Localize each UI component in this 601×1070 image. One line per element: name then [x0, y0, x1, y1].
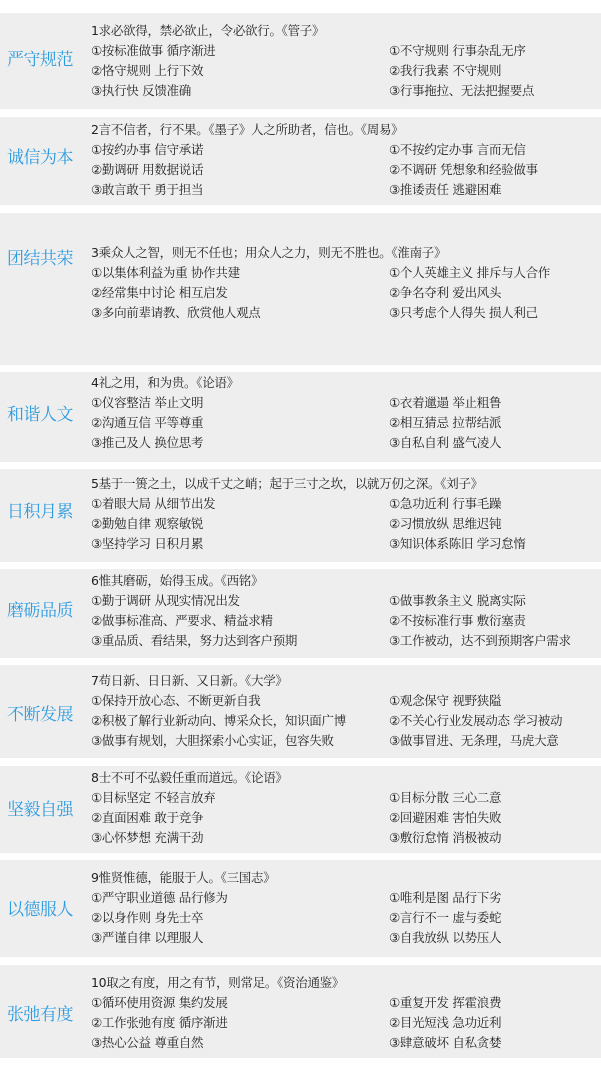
negative-item: ③推诿责任 逃避困难: [389, 180, 601, 200]
positive-item: ②工作张弛有度 循序渐进: [91, 1013, 389, 1033]
positive-item: ③热心公益 尊重自然: [91, 1033, 389, 1053]
section-quote: 10取之有度，用之有节，则常足。《资治通鉴》: [91, 973, 601, 993]
positive-item: ③执行快 反馈准确: [91, 81, 389, 101]
negative-item: ①观念保守 视野狭隘: [389, 691, 601, 711]
positive-item: ③严谨自律 以理服人: [91, 928, 389, 948]
negative-item: ③做事冒进、无条理，马虎大意: [389, 731, 601, 751]
positive-item: ①仪容整洁 举止文明: [91, 393, 389, 413]
section-title: 张弛有度: [7, 1005, 83, 1025]
negative-item: ③敷衍怠惰 消极被动: [389, 828, 601, 848]
negative-item: ③工作被动，达不到预期客户需求: [389, 631, 601, 651]
negative-item: ②争名夺利 爱出风头: [389, 283, 601, 303]
section-quote: 8士不可不弘毅任重而道远。《论语》: [91, 768, 601, 788]
negative-item: ②我行我素 不守规则: [389, 61, 601, 81]
section-quote: 5基于一篑之土，以成千丈之峭；起于三寸之坎，以就万仞之深。《刘子》: [91, 474, 601, 494]
negative-item: ②回避困难 害怕失败: [389, 808, 601, 828]
positive-item: ②勤勉自律 观察敏锐: [91, 514, 389, 534]
negative-item: ①急功近利 行事毛躁: [389, 494, 601, 514]
negative-item: ②不按标准行事 敷衍塞责: [389, 611, 601, 631]
negative-item: ③知识体系陈旧 学习怠惰: [389, 534, 601, 554]
section-title: 严守规范: [7, 50, 83, 70]
section-riji-yuelei: 日积月累 5基于一篑之土，以成千丈之峭；起于三寸之坎，以就万仞之深。《刘子》 ①…: [0, 469, 601, 562]
positive-item: ①以集体利益为重 协作共建: [91, 263, 389, 283]
positive-item: ②恪守规则 上行下效: [91, 61, 389, 81]
positive-item: ①循环使用资源 集约发展: [91, 993, 389, 1013]
section-quote: 9惟贤惟德，能服于人。《三国志》: [91, 868, 601, 888]
positive-item: ③重品质、看结果，努力达到客户预期: [91, 631, 389, 651]
negative-item: ①不守规则 行事杂乱无序: [389, 41, 601, 61]
negative-item: ①重复开发 挥霍浪费: [389, 993, 601, 1013]
negative-item: ①做事教条主义 脱离实际: [389, 591, 601, 611]
negative-item: ①个人英雄主义 排斥与人合作: [389, 263, 601, 283]
negative-item: ③只考虑个人得失 损人利己: [389, 303, 601, 323]
section-title: 以德服人: [7, 900, 83, 920]
positive-item: ③做事有规划，大胆探索小心实证，包容失败: [91, 731, 389, 751]
section-yanshou-guifan: 严守规范 1求必欲得，禁必欲止，令必欲行。《管子》 ①按标准做事 循序渐进①不守…: [0, 13, 601, 109]
positive-item: ③敢言敢干 勇于担当: [91, 180, 389, 200]
negative-item: ②不关心行业发展动态 学习被动: [389, 711, 601, 731]
negative-item: ②不调研 凭想象和经验做事: [389, 160, 601, 180]
section-tuanjie-gongrong: 团结共荣 3乘众人之智，则无不任也；用众人之力，则无不胜也。《淮南子》 ①以集体…: [0, 213, 601, 365]
positive-item: ①目标坚定 不轻言放弃: [91, 788, 389, 808]
positive-item: ①勤于调研 从现实情况出发: [91, 591, 389, 611]
negative-item: ①衣着邋遢 举止粗鲁: [389, 393, 601, 413]
positive-item: ①按约办事 信守承诺: [91, 140, 389, 160]
section-moli-pinzhi: 磨砺品质 6惟其磨砺，始得玉成。《西铭》 ①勤于调研 从现实情况出发①做事教条主…: [0, 569, 601, 658]
negative-item: ①目标分散 三心二意: [389, 788, 601, 808]
section-title: 不断发展: [7, 705, 83, 725]
section-quote: 7苟日新、日日新、又日新。《大学》: [91, 671, 601, 691]
positive-item: ②做事标准高、严要求、精益求精: [91, 611, 389, 631]
positive-item: ①严守职业道德 品行修为: [91, 888, 389, 908]
negative-item: ②言行不一 虚与委蛇: [389, 908, 601, 928]
section-title: 日积月累: [7, 502, 83, 522]
section-zhangchi-youdu: 张弛有度 10取之有度，用之有节，则常足。《资治通鉴》 ①循环使用资源 集约发展…: [0, 965, 601, 1058]
positive-item: ①按标准做事 循序渐进: [91, 41, 389, 61]
section-quote: 6惟其磨砺，始得玉成。《西铭》: [91, 571, 601, 591]
section-title: 坚毅自强: [7, 800, 83, 820]
negative-item: ③自我放纵 以势压人: [389, 928, 601, 948]
negative-item: ②目光短浅 急功近利: [389, 1013, 601, 1033]
positive-item: ②以身作则 身先士卒: [91, 908, 389, 928]
positive-item: ②勤调研 用数据说话: [91, 160, 389, 180]
positive-item: ③推己及人 换位思考: [91, 433, 389, 453]
section-title: 磨砺品质: [7, 601, 83, 621]
section-buduan-fazhan: 不断发展 7苟日新、日日新、又日新。《大学》 ①保持开放心态、不断更新自我①观念…: [0, 665, 601, 758]
positive-item: ①着眼大局 从细节出发: [91, 494, 389, 514]
section-title: 和谐人文: [7, 405, 83, 425]
positive-item: ②积极了解行业新动向、博采众长，知识面广博: [91, 711, 389, 731]
section-title: 团结共荣: [7, 249, 83, 269]
negative-item: ①唯利是图 品行下劣: [389, 888, 601, 908]
negative-item: ③肆意破坏 自私贪婪: [389, 1033, 601, 1053]
positive-item: ③多向前辈请教、欣赏他人观点: [91, 303, 389, 323]
section-title: 诚信为本: [7, 148, 83, 168]
positive-item: ③坚持学习 日积月累: [91, 534, 389, 554]
section-jianyi-ziqiang: 坚毅自强 8士不可不弘毅任重而道远。《论语》 ①目标坚定 不轻言放弃①目标分散 …: [0, 766, 601, 853]
section-quote: 4礼之用，和为贵。《论语》: [91, 373, 601, 393]
positive-item: ③心怀梦想 充满干劲: [91, 828, 389, 848]
section-quote: 2言不信者，行不果。《墨子》人之所助者，信也。《周易》: [91, 120, 601, 140]
positive-item: ②经常集中讨论 相互启发: [91, 283, 389, 303]
positive-item: ②沟通互信 平等尊重: [91, 413, 389, 433]
negative-item: ②相互猜忌 拉帮结派: [389, 413, 601, 433]
section-quote: 1求必欲得，禁必欲止，令必欲行。《管子》: [91, 21, 601, 41]
positive-item: ①保持开放心态、不断更新自我: [91, 691, 389, 711]
section-chengxin-weiben: 诚信为本 2言不信者，行不果。《墨子》人之所助者，信也。《周易》 ①按约办事 信…: [0, 117, 601, 205]
negative-item: ③自私自利 盛气凌人: [389, 433, 601, 453]
section-hexie-renwen: 和谐人文 4礼之用，和为贵。《论语》 ①仪容整洁 举止文明①衣着邋遢 举止粗鲁 …: [0, 372, 601, 462]
negative-item: ③行事拖拉、无法把握要点: [389, 81, 601, 101]
negative-item: ①不按约定办事 言而无信: [389, 140, 601, 160]
section-quote: 3乘众人之智，则无不任也；用众人之力，则无不胜也。《淮南子》: [91, 243, 601, 263]
section-yide-furen: 以德服人 9惟贤惟德，能服于人。《三国志》 ①严守职业道德 品行修为①唯利是图 …: [0, 860, 601, 957]
positive-item: ②直面困难 敢于竞争: [91, 808, 389, 828]
negative-item: ②习惯放纵 思维迟钝: [389, 514, 601, 534]
